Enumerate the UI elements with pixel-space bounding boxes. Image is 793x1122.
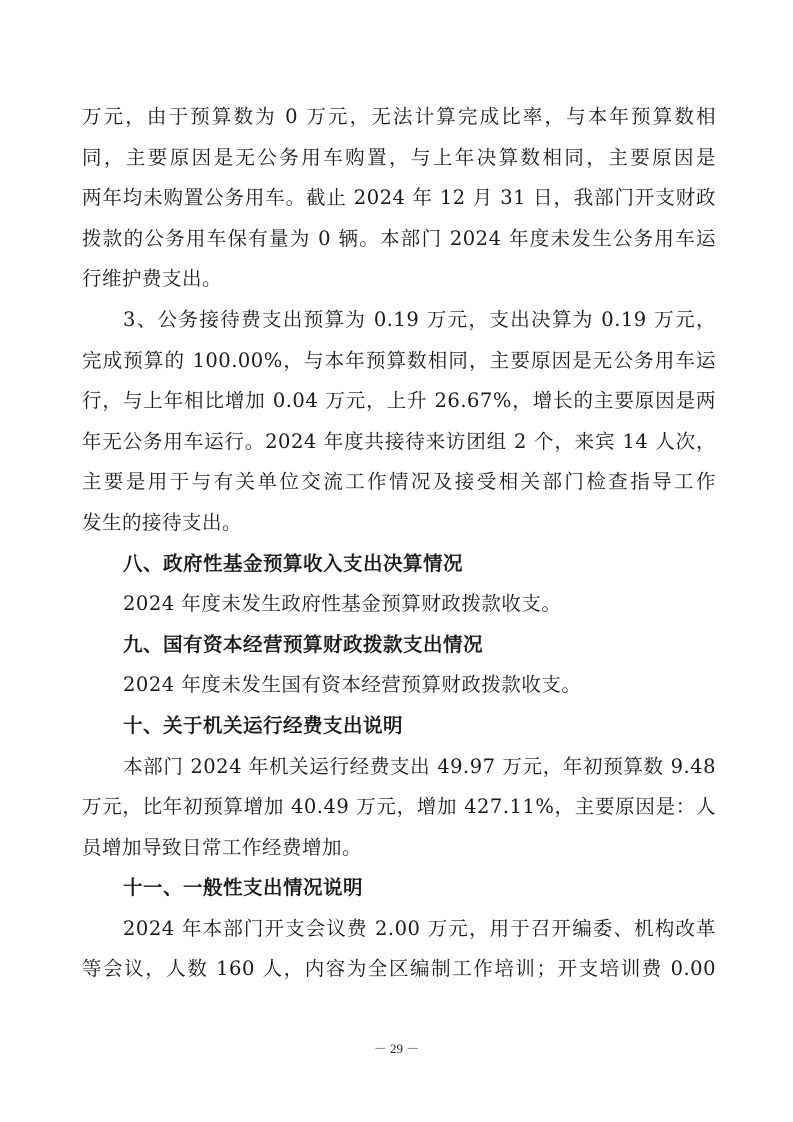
paragraph-line: 同，主要原因是无公务用车购置，与上年决算数相同，主要原因是	[82, 138, 716, 179]
paragraph-line: 行维护费支出。	[82, 259, 716, 300]
section-heading-11: 十一、一般性支出情况说明	[82, 868, 716, 909]
paragraph-line: 2024 年本部门开支会议费 2.00 万元，用于召开编委、机构改革	[82, 909, 716, 950]
section-heading-9: 九、国有资本经营预算财政拨款支出情况	[82, 625, 716, 666]
page-number: － 29 －	[0, 1038, 793, 1057]
paragraph-line: 完成预算的 100.00%，与本年预算数相同，主要原因是无公务用车运	[82, 341, 716, 382]
paragraph-line: 主要是用于与有关单位交流工作情况及接受相关部门检查指导工作	[82, 462, 716, 503]
paragraph-line: 等会议，人数 160 人，内容为全区编制工作培训；开支培训费 0.00	[82, 949, 716, 990]
paragraph-line: 发生的接待支出。	[82, 503, 716, 544]
section-heading-8: 八、政府性基金预算收入支出决算情况	[82, 544, 716, 585]
paragraph-line: 万元，由于预算数为 0 万元，无法计算完成比率，与本年预算数相	[82, 97, 716, 138]
document-page: 万元，由于预算数为 0 万元，无法计算完成比率，与本年预算数相 同，主要原因是无…	[82, 97, 716, 990]
paragraph-line: 本部门 2024 年机关运行经费支出 49.97 万元，年初预算数 9.48	[82, 747, 716, 788]
paragraph-line: 3、公务接待费支出预算为 0.19 万元，支出决算为 0.19 万元，	[82, 300, 716, 341]
paragraph-line: 万元，比年初预算增加 40.49 万元，增加 427.11%，主要原因是：人	[82, 787, 716, 828]
paragraph-line: 拨款的公务用车保有量为 0 辆。本部门 2024 年度未发生公务用车运	[82, 219, 716, 260]
section-heading-10: 十、关于机关运行经费支出说明	[82, 706, 716, 747]
paragraph-line: 行，与上年相比增加 0.04 万元，上升 26.67%，增长的主要原因是两	[82, 381, 716, 422]
paragraph-line: 员增加导致日常工作经费增加。	[82, 828, 716, 869]
paragraph-line: 2024 年度未发生政府性基金预算财政拨款收支。	[82, 584, 716, 625]
paragraph-line: 2024 年度未发生国有资本经营预算财政拨款收支。	[82, 665, 716, 706]
paragraph-line: 两年均未购置公务用车。截止 2024 年 12 月 31 日，我部门开支财政	[82, 178, 716, 219]
paragraph-line: 年无公务用车运行。2024 年度共接待来访团组 2 个，来宾 14 人次，	[82, 422, 716, 463]
